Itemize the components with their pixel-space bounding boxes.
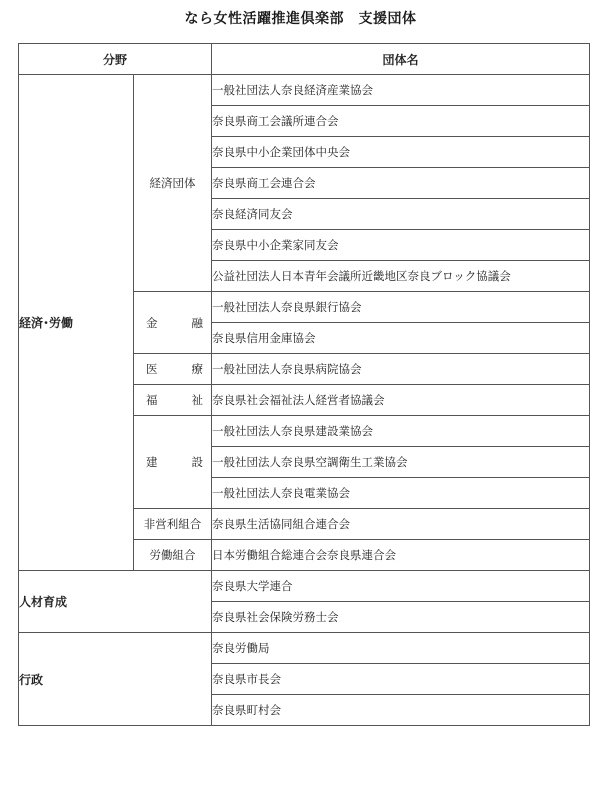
category-cell-labor-union: 労働組合 xyxy=(134,540,212,571)
org-cell: 一般社団法人奈良電業協会 xyxy=(212,478,590,509)
org-cell: 奈良県市長会 xyxy=(212,664,590,695)
support-organizations-table: 分野 団体名 経済･労働 経済団体 一般社団法人奈良経済産業協会 奈良県商工会議… xyxy=(18,43,590,726)
org-cell: 奈良県社会保険労務士会 xyxy=(212,602,590,633)
category-char: 療 xyxy=(192,361,204,377)
table-row: 行政 奈良労働局 xyxy=(19,633,590,664)
category-label: 経済団体 xyxy=(134,175,211,191)
org-cell: 一般社団法人奈良県病院協会 xyxy=(212,354,590,385)
org-cell: 奈良労働局 xyxy=(212,633,590,664)
field-cell-human-resources: 人材育成 xyxy=(19,571,212,633)
org-cell: 一般社団法人奈良県建設業協会 xyxy=(212,416,590,447)
page-title: なら女性活躍推進倶楽部 支援団体 xyxy=(0,8,601,28)
org-cell: 一般社団法人奈良県銀行協会 xyxy=(212,292,590,323)
category-char: 福 xyxy=(146,392,158,408)
org-cell: 一般社団法人奈良県空調衛生工業協会 xyxy=(212,447,590,478)
table-row: 人材育成 奈良県大学連合 xyxy=(19,571,590,602)
category-cell-finance: 金融 xyxy=(134,292,212,354)
org-cell: 奈良県大学連合 xyxy=(212,571,590,602)
category-char: 医 xyxy=(146,361,158,377)
org-cell: 日本労働組合総連合会奈良県連合会 xyxy=(212,540,590,571)
org-cell: 奈良県商工会連合会 xyxy=(212,168,590,199)
category-char: 祉 xyxy=(192,392,204,408)
category-cell-economic-orgs: 経済団体 xyxy=(134,75,212,292)
table-row: 経済･労働 経済団体 一般社団法人奈良経済産業協会 xyxy=(19,75,590,106)
category-char: 建 xyxy=(146,454,158,470)
category-cell-medical: 医療 xyxy=(134,354,212,385)
org-cell: 公益社団法人日本青年会議所近畿地区奈良ブロック協議会 xyxy=(212,261,590,292)
org-cell: 奈良県中小企業家同友会 xyxy=(212,230,590,261)
category-cell-construction: 建設 xyxy=(134,416,212,509)
org-cell: 奈良県中小企業団体中央会 xyxy=(212,137,590,168)
org-cell: 奈良県生活協同組合連合会 xyxy=(212,509,590,540)
org-cell: 奈良県社会福祉法人経営者協議会 xyxy=(212,385,590,416)
header-field: 分野 xyxy=(19,44,212,75)
org-cell: 奈良県信用金庫協会 xyxy=(212,323,590,354)
org-cell: 一般社団法人奈良経済産業協会 xyxy=(212,75,590,106)
field-cell-administration: 行政 xyxy=(19,633,212,726)
category-label: 労働組合 xyxy=(134,547,211,563)
category-cell-welfare: 福祉 xyxy=(134,385,212,416)
category-char: 設 xyxy=(192,454,204,470)
table-header-row: 分野 団体名 xyxy=(19,44,590,75)
field-cell-economy-labor: 経済･労働 xyxy=(19,75,134,571)
org-cell: 奈良県商工会議所連合会 xyxy=(212,106,590,137)
org-cell: 奈良経済同友会 xyxy=(212,199,590,230)
category-char: 金 xyxy=(146,315,158,331)
org-cell: 奈良県町村会 xyxy=(212,695,590,726)
header-org: 団体名 xyxy=(212,44,590,75)
category-cell-nonprofit-union: 非営利組合 xyxy=(134,509,212,540)
category-label: 非営利組合 xyxy=(134,516,211,532)
category-char: 融 xyxy=(192,315,204,331)
